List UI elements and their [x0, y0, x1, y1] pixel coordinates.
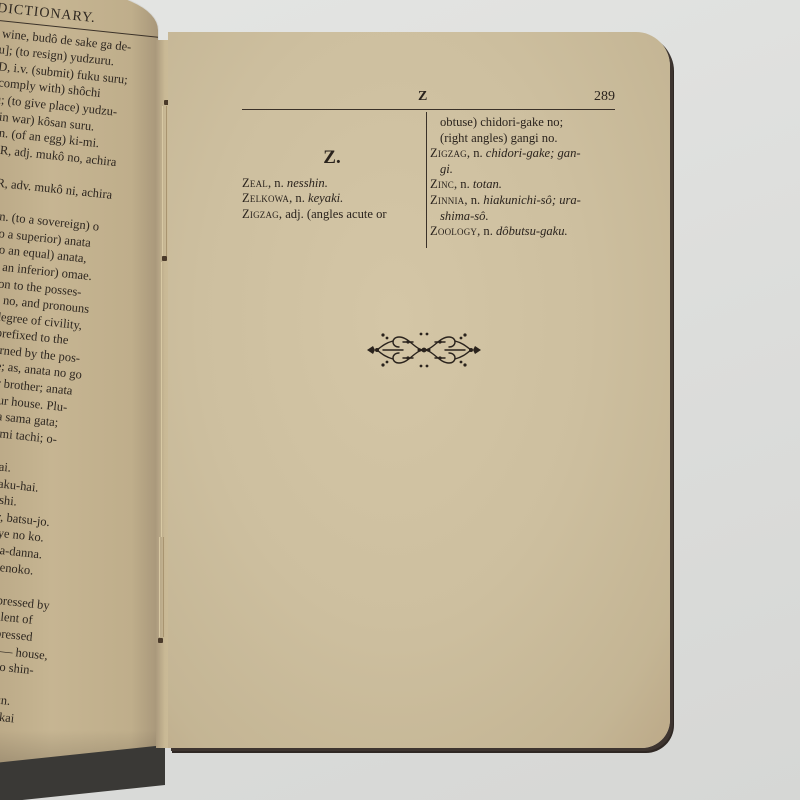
left-page-lines: — wine, budô de sake ga de-kiru]; (to re… — [0, 23, 157, 734]
entry-continuation: obtuse) chidori-gake no; — [430, 115, 616, 131]
entry-definition: nesshin. — [287, 176, 328, 190]
entry-definition: keyaki. — [308, 191, 343, 205]
entry-part-of-speech: n. — [295, 191, 304, 205]
entry-headword: Zelkowa — [242, 191, 289, 205]
left-column: Z. Zeal, n. nesshin.Zelkowa, n. keyaki.Z… — [242, 112, 422, 222]
column-rule — [426, 112, 427, 248]
fleuron-ornament-icon — [363, 327, 485, 373]
dictionary-entry: Zoology, n. dôbutsu-gaku. — [430, 224, 616, 240]
entry-definition-continued: gi. — [430, 162, 616, 178]
right-column: obtuse) chidori-gake no;(right angles) g… — [430, 115, 616, 240]
entry-headword: Zeal — [242, 176, 268, 190]
entry-continuation: (right angles) gangi no. — [430, 131, 616, 147]
page-header: Z 289 — [242, 87, 615, 110]
book-photo: E DICTIONARY. — wine, budô de sake ga de… — [0, 0, 800, 800]
entry-part-of-speech: adj. — [285, 207, 304, 221]
entry-headword: Zinc — [430, 177, 454, 191]
letter-heading: Z. — [242, 150, 422, 166]
entry-part-of-speech: n. — [460, 177, 469, 191]
entry-definition: totan. — [473, 177, 502, 191]
dictionary-entry: Zinc, n. totan. — [430, 177, 616, 193]
dictionary-columns: Z. Zeal, n. nesshin.Zelkowa, n. keyaki.Z… — [242, 112, 615, 252]
entry-definition: (angles acute or — [307, 207, 387, 221]
right-page: Z 289 Z. Zeal, n. nesshin.Zelkowa, n. ke… — [168, 32, 670, 748]
left-page: E DICTIONARY. — wine, budô de sake ga de… — [0, 0, 158, 770]
stitch-thread — [162, 106, 167, 256]
dictionary-entry: Zinnia, n. hiakunichi-sô; ura-shima-sô. — [430, 193, 616, 224]
entry-definition: hiakunichi-sô; ura- — [483, 193, 581, 207]
stitch-knot — [158, 638, 163, 643]
running-head: Z — [418, 89, 427, 105]
entry-headword: Zoology — [430, 224, 477, 238]
entry-part-of-speech: n. — [473, 146, 482, 160]
entry-headword: Zinnia — [430, 193, 464, 207]
page-number: 289 — [594, 89, 615, 105]
dictionary-entry: obtuse) chidori-gake no; — [430, 115, 616, 131]
entry-definition: chidori-gake; gan- — [486, 146, 581, 160]
entry-definition: dôbutsu-gaku. — [496, 224, 568, 238]
dictionary-entry: (right angles) gangi no. — [430, 131, 616, 147]
dictionary-entry: Zigzag, adj. (angles acute or — [242, 207, 422, 223]
left-page-text: E DICTIONARY. — wine, budô de sake ga de… — [0, 0, 158, 734]
entry-part-of-speech: n. — [483, 224, 492, 238]
stitch-thread — [159, 537, 164, 637]
entry-part-of-speech: n. — [274, 176, 283, 190]
dictionary-entry: Zeal, n. nesshin. — [242, 176, 422, 192]
entry-part-of-speech: n. — [471, 193, 480, 207]
dictionary-entry: Zelkowa, n. keyaki. — [242, 191, 422, 207]
entry-definition-continued: shima-sô. — [430, 209, 616, 225]
dictionary-entry: Zigzag, n. chidori-gake; gan-gi. — [430, 146, 616, 177]
stitch-thread — [161, 262, 166, 537]
entry-headword: Zigzag — [242, 207, 279, 221]
stitch-knot — [162, 256, 167, 261]
entry-headword: Zigzag — [430, 146, 467, 160]
